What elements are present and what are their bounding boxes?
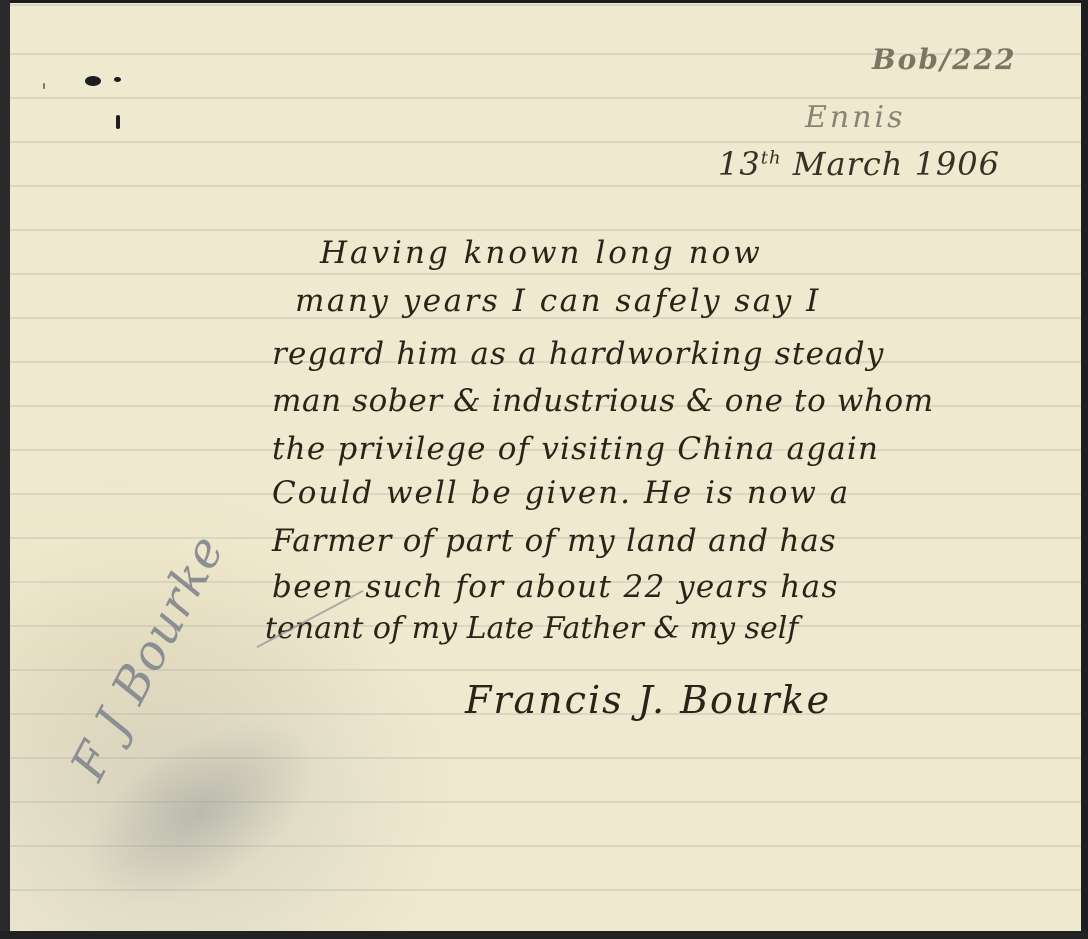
- date-suffix: th: [761, 147, 782, 168]
- ink-speck: [116, 115, 120, 129]
- body-line-4: man sober & industrious & one to whom: [272, 383, 934, 419]
- scan-right-edge: [1081, 0, 1088, 939]
- signature: Francis J. Bourke: [465, 678, 831, 722]
- body-line-1: Having known long now: [320, 235, 763, 271]
- body-line-5: the privilege of visiting China again: [272, 431, 879, 467]
- letter-date: 13th March 1906: [718, 145, 1000, 183]
- body-line-8: been such for about 22 years has: [272, 569, 839, 605]
- body-line-3: regard him as a hardworking steady: [272, 336, 885, 372]
- date-day: 13: [718, 145, 761, 183]
- body-line-6: Could well be given. He is now a: [272, 475, 850, 511]
- scan-bottom-edge: [0, 931, 1088, 939]
- date-month-year: March 1906: [793, 145, 1000, 183]
- reference-number: Bob/222: [872, 43, 1017, 76]
- letter-place: Ennis: [805, 100, 906, 135]
- ink-speck: [43, 83, 45, 89]
- letter-page: Bob/222 Ennis 13th March 1906 Having kno…: [10, 3, 1081, 932]
- scan-left-edge: [0, 0, 10, 939]
- ink-speck: [114, 77, 121, 82]
- ink-blot: [85, 76, 101, 86]
- body-line-7: Farmer of part of my land and has: [272, 523, 836, 559]
- body-line-2: many years I can safely say I: [295, 283, 821, 319]
- body-line-9: tenant of my Late Father & my self: [265, 611, 798, 646]
